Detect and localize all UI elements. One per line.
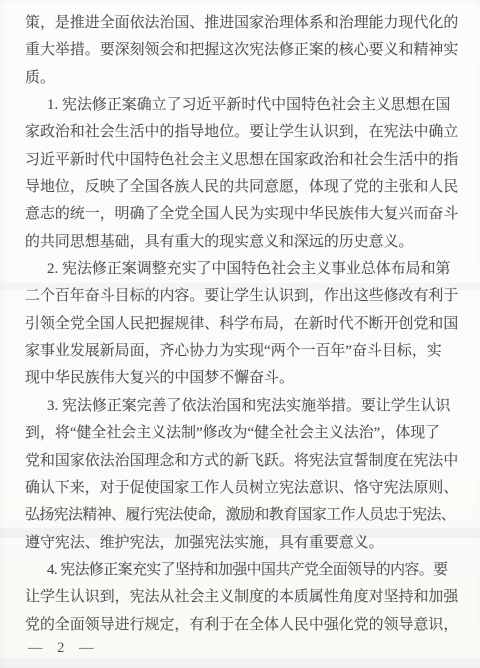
text-line: 党的全面领导进行规定，有利于在全体人民中强化党的领导意识， [25,612,465,639]
paragraph-item-1: 1. 宪法修正案确立了习近平新时代中国特色社会主义思想在国 家政治和社会生活中的… [25,92,465,256]
text-line: 现中华民族伟大复兴的中国梦不懈奋斗。 [25,365,465,392]
text-line: 弘扬宪法精神、履行宪法使命，激励和教育国家工作人员忠于宪法、 [25,502,465,529]
paragraph-item-2: 2. 宪法修正案调整充实了中国特色社会主义事业总体布局和第 二个百年奋斗目标的内… [25,256,465,393]
text-line: 让学生认识到，宪法从社会主义制度的本质属性角度对坚持和加强 [25,584,465,611]
text-line: 策，是推进全面依法治国、推进国家治理体系和治理能力现代化的 [25,10,465,37]
text-line: 意志的统一，明确了全党全国人民为实现中华民族伟大复兴而奋斗 [25,201,465,228]
scan-artifact [0,658,480,668]
text-line: 3. 宪法修正案完善了依法治国和宪法实施举措。要让学生认识 [25,393,465,420]
text-line: 党和国家依法治国理念和方式的新飞跃。将宪法宣誓制度在宪法中 [25,448,465,475]
text-line: 二个百年奋斗目标的内容。要让学生认识到，作出这些修改有利于 [25,283,465,310]
page-number: — 2 — [28,639,95,657]
text-line: 2. 宪法修正案调整充实了中国特色社会主义事业总体布局和第 [25,256,465,283]
text-line: 确认下来，对于促使国家工作人员树立宪法意识、恪守宪法原则、 [25,475,465,502]
text-line: 4. 宪法修正案充实了坚持和加强中国共产党全面领导的内容。要 [25,557,465,584]
body-text: 策，是推进全面依法治国、推进国家治理体系和治理能力现代化的 重大举措。要深刻领会… [25,10,465,639]
text-line: 导地位，反映了全国各族人民的共同意愿，体现了党的主张和人民 [25,174,465,201]
text-line: 的共同思想基础，具有重大的现实意义和深远的历史意义。 [25,229,465,256]
paragraph-item-4: 4. 宪法修正案充实了坚持和加强中国共产党全面领导的内容。要 让学生认识到，宪法… [25,557,465,639]
text-line: 家政治和社会生活中的指导地位。要让学生认识到，在宪法中确立 [25,119,465,146]
text-line: 到，将“健全社会主义法制”修改为“健全社会主义法治”，体现了 [25,420,465,447]
text-line: 家事业发展新局面，齐心协力为实现“两个一百年”奋斗目标，实 [25,338,465,365]
paragraph-item-3: 3. 宪法修正案完善了依法治国和宪法实施举措。要让学生认识 到，将“健全社会主义… [25,393,465,557]
text-line: 引领全党全国人民把握规律、科学布局，在新时代不断开创党和国 [25,311,465,338]
text-line: 习近平新时代中国特色社会主义思想在国家政治和社会生活中的指 [25,147,465,174]
document-page: 策，是推进全面依法治国、推进国家治理体系和治理能力现代化的 重大举措。要深刻领会… [0,0,480,668]
paragraph-continuation: 策，是推进全面依法治国、推进国家治理体系和治理能力现代化的 重大举措。要深刻领会… [25,10,465,92]
text-line: 重大举措。要深刻领会和把握这次宪法修正案的核心要义和精神实 [25,37,465,64]
text-line: 质。 [25,65,465,92]
text-line: 1. 宪法修正案确立了习近平新时代中国特色社会主义思想在国 [25,92,465,119]
text-line: 遵守宪法、维护宪法，加强宪法实施，具有重要意义。 [25,530,465,557]
